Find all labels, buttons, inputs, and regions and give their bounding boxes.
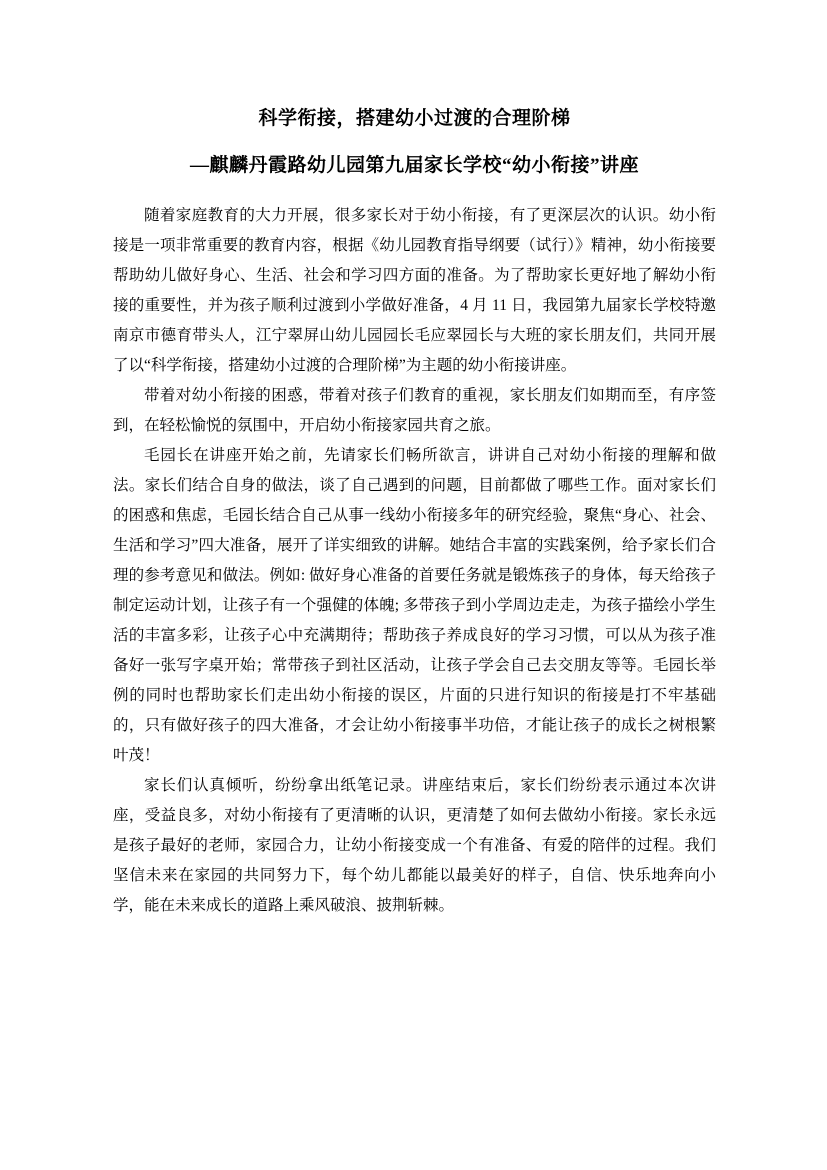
document-subtitle: —麒麟丹霞路幼儿园第九届家长学校“幼小衔接”讲座 [113, 153, 716, 179]
paragraph-conclusion: 家长们认真倾听，纷纷拿出纸笔记录。讲座结束后，家长们纷纷表示通过本次讲座，受益良… [113, 771, 716, 921]
document-page: 科学衔接，搭建幼小过渡的合理阶梯 —麒麟丹霞路幼儿园第九届家长学校“幼小衔接”讲… [0, 0, 827, 1170]
document-title: 科学衔接，搭建幼小过渡的合理阶梯 [113, 106, 716, 132]
document-content: 科学衔接，搭建幼小过渡的合理阶梯 —麒麟丹霞路幼儿园第九届家长学校“幼小衔接”讲… [113, 106, 716, 921]
paragraph-intro: 随着家庭教育的大力开展，很多家长对于幼小衔接，有了更深层次的认识。幼小衔接是一项… [113, 201, 716, 381]
paragraph-lecture: 毛园长在讲座开始之前，先请家长们畅所欲言，讲讲自己对幼小衔接的理解和做法。家长们… [113, 441, 716, 771]
paragraph-signin: 带着对幼小衔接的困惑，带着对孩子们教育的重视，家长朋友们如期而至，有序签到，在轻… [113, 381, 716, 441]
